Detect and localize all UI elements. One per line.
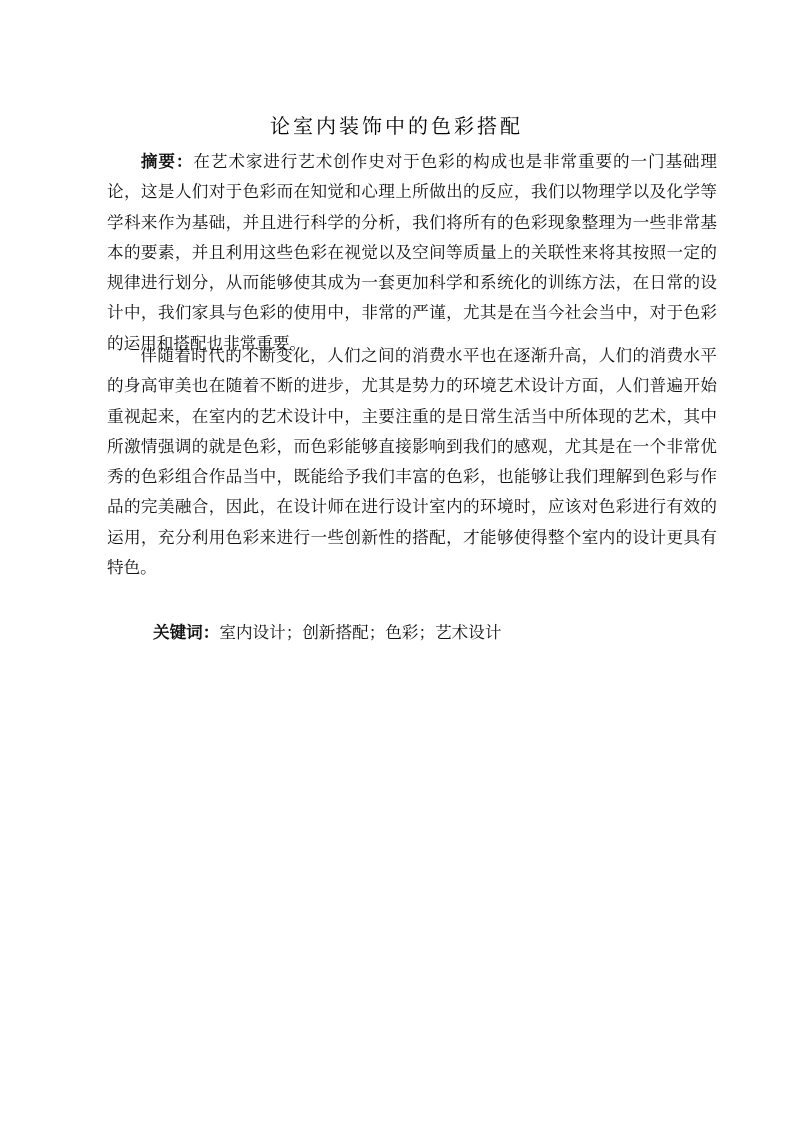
body-paragraph-text: 伴随着时代的不断变化，人们之间的消费水平也在逐渐升高，人们的消费水平的身高审美也… <box>107 346 717 577</box>
abstract-text: 在艺术家进行艺术创作史对于色彩的构成也是非常重要的一门基础理论，这是人们对于色彩… <box>107 152 717 353</box>
abstract-paragraph: 摘要：在艺术家进行艺术创作史对于色彩的构成也是非常重要的一门基础理论，这是人们对… <box>107 147 717 359</box>
abstract-label: 摘要： <box>140 152 193 171</box>
document-title: 论室内装饰中的色彩搭配 <box>0 110 793 139</box>
document-page: 论室内装饰中的色彩搭配 摘要：在艺术家进行艺术创作史对于色彩的构成也是非常重要的… <box>0 0 793 1122</box>
body-paragraph: 伴随着时代的不断变化，人们之间的消费水平也在逐渐升高，人们的消费水平的身高审美也… <box>107 341 717 583</box>
keywords-text: 室内设计；创新搭配；色彩；艺术设计 <box>219 623 501 642</box>
keywords-line: 关键词：室内设计；创新搭配；色彩；艺术设计 <box>153 619 501 643</box>
keywords-label: 关键词： <box>153 623 219 642</box>
